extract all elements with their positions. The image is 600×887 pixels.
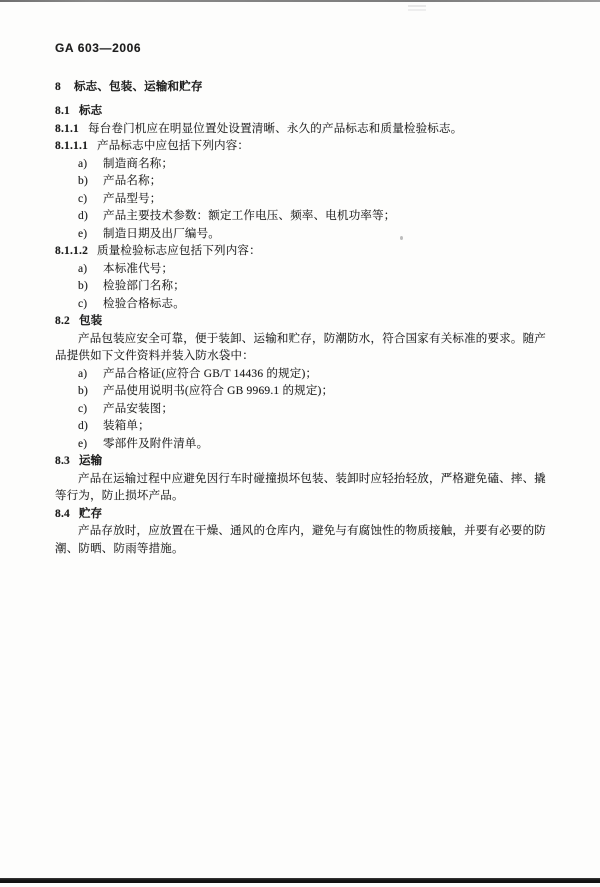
list-item: e)零部件及附件清单。 [55,436,546,454]
scan-smudge [408,5,426,12]
list-item: b)产品使用说明书(应符合 GB 9969.1 的规定)； [55,383,546,401]
scanned-document-page: GA 603—2006 8标志、包装、运输和贮存 8.1标志 8.1.1每台卷门… [0,0,600,887]
clause-text: 每台卷门机应在明显位置处设置清晰、永久的产品标志和质量检验标志。 [88,123,462,135]
list-marker: a) [78,366,103,384]
clause-8-1-1-1: 8.1.1.1产品标志中应包括下列内容： [55,138,546,156]
standard-code: GA 603—2006 [55,40,546,58]
chapter-number: 8 [55,81,61,93]
list-item-text: 检验合格标志。 [103,298,185,310]
list-item: b)检验部门名称； [55,278,546,296]
section-number: 8.1 [55,105,70,117]
section-heading-8-1: 8.1标志 [55,103,546,121]
list-item-text: 产品使用说明书(应符合 GB 9969.1 的规定)； [103,385,333,397]
list-marker: e) [78,436,103,454]
list-marker: b) [78,383,103,401]
list-item-text: 产品主要技术参数：额定工作电压、频率、电机功率等； [103,210,396,222]
section-heading-8-3: 8.3运输 [55,453,546,471]
section-title: 运输 [79,455,102,467]
list-item: e)制造日期及出厂编号。 [55,226,546,244]
list-item-text: 产品合格证(应符合 GB/T 14436 的规定)； [103,368,317,380]
clause-8-1-1: 8.1.1每台卷门机应在明显位置处设置清晰、永久的产品标志和质量检验标志。 [55,121,546,139]
paragraph-8-3: 产品在运输过程中应避免因行车时碰撞损坏包装、装卸时应轻抬轻放，严格避免磕、摔、撬… [55,471,546,506]
list-item-text: 本标准代号； [103,263,173,275]
list-marker: c) [78,296,103,314]
list-marker: a) [78,156,103,174]
section-title: 标志 [79,105,102,117]
section-title: 贮存 [79,508,102,520]
list-marker: c) [78,191,103,209]
list-item-text: 产品安装图； [103,403,173,415]
clause-text: 产品标志中应包括下列内容： [97,140,249,152]
clause-text: 质量检验标志应包括下列内容： [97,245,261,257]
list-item: d)产品主要技术参数：额定工作电压、频率、电机功率等； [55,208,546,226]
list-item: c)检验合格标志。 [55,296,546,314]
chapter-title: 标志、包装、运输和贮存 [74,81,203,93]
list-marker: d) [78,418,103,436]
scan-top-edge [0,0,600,2]
list-item: d)装箱单； [55,418,546,436]
scan-bottom-edge [0,878,600,883]
list-marker: d) [78,208,103,226]
section-number: 8.4 [55,508,70,520]
clause-number: 8.1.1.2 [55,245,88,257]
clause-8-1-1-2: 8.1.1.2质量检验标志应包括下列内容： [55,243,546,261]
section-heading-8-4: 8.4贮存 [55,506,546,524]
list-marker: e) [78,226,103,244]
section-title: 包装 [79,315,102,327]
list-item: b)产品名称； [55,173,546,191]
list-item-text: 产品名称； [103,175,162,187]
list-item-text: 制造日期及出厂编号。 [103,228,220,240]
list-item: c)产品安装图； [55,401,546,419]
list-marker: b) [78,173,103,191]
section-number: 8.3 [55,455,70,467]
list-item-text: 装箱单； [103,420,150,432]
section-number: 8.2 [55,315,70,327]
section-heading-8-2: 8.2包装 [55,313,546,331]
clause-number: 8.1.1 [55,123,79,135]
list-marker: c) [78,401,103,419]
list-item-text: 检验部门名称； [103,280,185,292]
list-item: a)产品合格证(应符合 GB/T 14436 的规定)； [55,366,546,384]
list-item: c)产品型号； [55,191,546,209]
paragraph-8-4: 产品存放时，应放置在干燥、通风的仓库内，避免与有腐蚀性的物质接触，并要有必要的防… [55,523,546,558]
list-marker: a) [78,261,103,279]
list-item-text: 制造商名称； [103,158,173,170]
list-item-text: 零部件及附件清单。 [103,438,208,450]
document-content: GA 603—2006 8标志、包装、运输和贮存 8.1标志 8.1.1每台卷门… [55,40,546,558]
chapter-heading: 8标志、包装、运输和贮存 [55,79,546,97]
paragraph-8-2: 产品包装应安全可靠，便于装卸、运输和贮存，防潮防水，符合国家有关标准的要求。随产… [55,331,546,366]
list-item: a)本标准代号； [55,261,546,279]
list-marker: b) [78,278,103,296]
clause-number: 8.1.1.1 [55,140,88,152]
list-item-text: 产品型号； [103,193,162,205]
list-item: a)制造商名称； [55,156,546,174]
